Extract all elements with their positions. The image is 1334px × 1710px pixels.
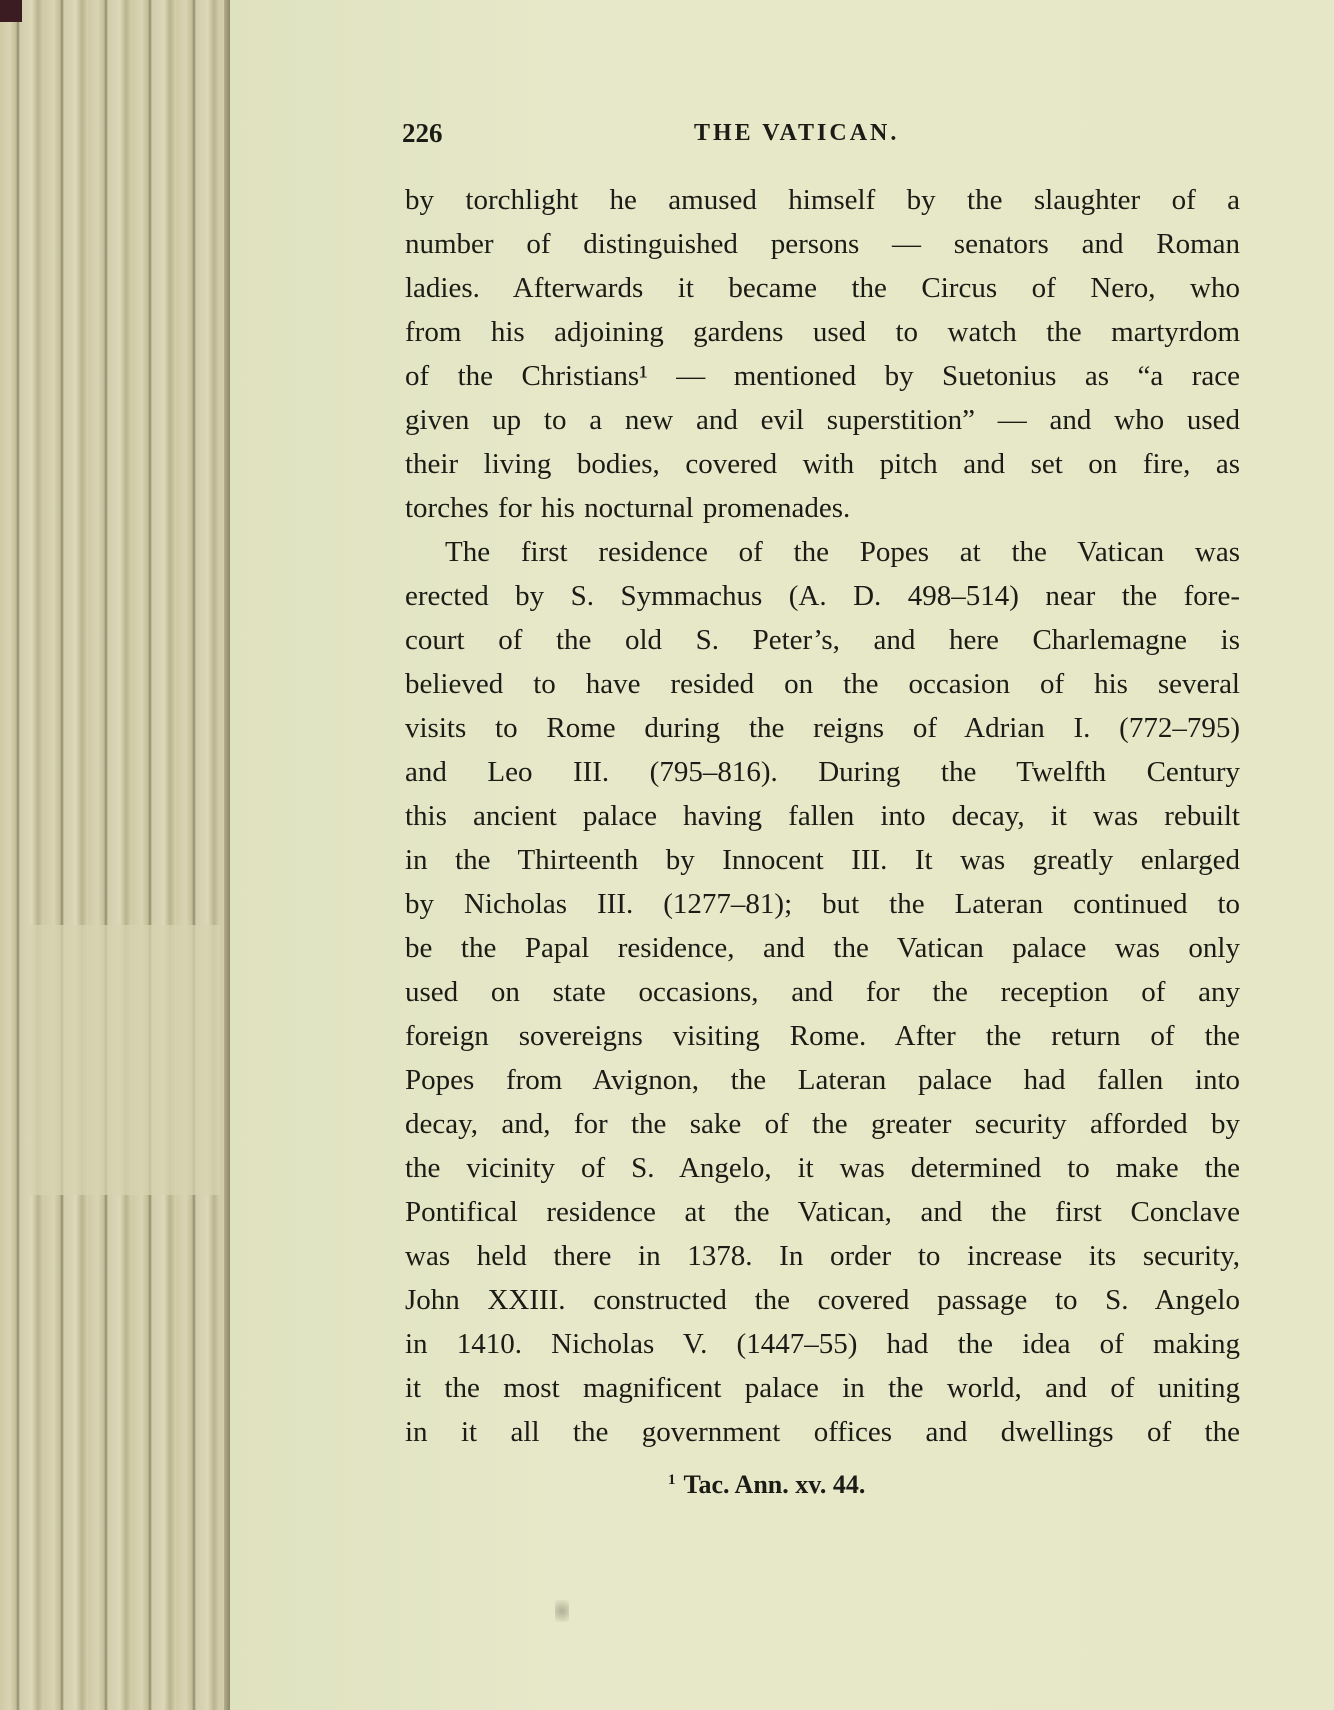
ink-smudge [555, 1600, 569, 1622]
body-text: by torchlight he amused himself by the s… [405, 178, 1240, 1454]
text-line: in the Thirteenth by Innocent III. It wa… [405, 838, 1240, 882]
text-line: ladies. Afterwards it became the Circus … [405, 266, 1240, 310]
text-line: and Leo III. (795–816). During the Twelf… [405, 750, 1240, 794]
page-edge-highlight [30, 925, 220, 1195]
text-line: erected by S. Symmachus (A. D. 498–514) … [405, 574, 1240, 618]
footnote-marker: 1 [668, 1472, 676, 1488]
text-line: it the most magnificent palace in the wo… [405, 1366, 1240, 1410]
text-line: by Nicholas III. (1277–81); but the Late… [405, 882, 1240, 926]
text-line: this ancient palace having fallen into d… [405, 794, 1240, 838]
text-line: be the Papal residence, and the Vatican … [405, 926, 1240, 970]
text-line: Pontifical residence at the Vatican, and… [405, 1190, 1240, 1234]
text-line: John XXIII. constructed the covered pass… [405, 1278, 1240, 1322]
paragraph-start-line: The first residence of the Popes at the … [405, 530, 1240, 574]
page-header: 226 THE VATICAN. [402, 118, 1242, 158]
text-line: was held there in 1378. In order to incr… [405, 1234, 1240, 1278]
footnote: 1Tac. Ann. xv. 44. [668, 1470, 865, 1500]
text-line: visits to Rome during the reigns of Adri… [405, 706, 1240, 750]
text-line: used on state occasions, and for the rec… [405, 970, 1240, 1014]
text-line: in 1410. Nicholas V. (1447–55) had the i… [405, 1322, 1240, 1366]
text-line: decay, and, for the sake of the greater … [405, 1102, 1240, 1146]
text-line: torches for his nocturnal promenades. [405, 486, 1240, 530]
book-page-edges [0, 0, 230, 1710]
text-line: by torchlight he amused himself by the s… [405, 178, 1240, 222]
text-line: the vicinity of S. Angelo, it was determ… [405, 1146, 1240, 1190]
text-line: of the Christians¹ — mentioned by Sueton… [405, 354, 1240, 398]
text-line: believed to have resided on the occasion… [405, 662, 1240, 706]
running-title: THE VATICAN. [694, 120, 899, 147]
page-number: 226 [402, 118, 443, 149]
text-line: foreign sovereigns visiting Rome. After … [405, 1014, 1240, 1058]
text-line: from his adjoining gardens used to watch… [405, 310, 1240, 354]
text-line: given up to a new and evil superstition”… [405, 398, 1240, 442]
book-cover-corner [0, 0, 22, 22]
footnote-text: Tac. Ann. xv. 44. [684, 1470, 866, 1499]
text-line: court of the old S. Peter’s, and here Ch… [405, 618, 1240, 662]
text-line: their living bodies, covered with pitch … [405, 442, 1240, 486]
text-line: in it all the government offices and dwe… [405, 1410, 1240, 1454]
text-line: number of distinguished persons — senato… [405, 222, 1240, 266]
text-line: Popes from Avignon, the Lateran palace h… [405, 1058, 1240, 1102]
